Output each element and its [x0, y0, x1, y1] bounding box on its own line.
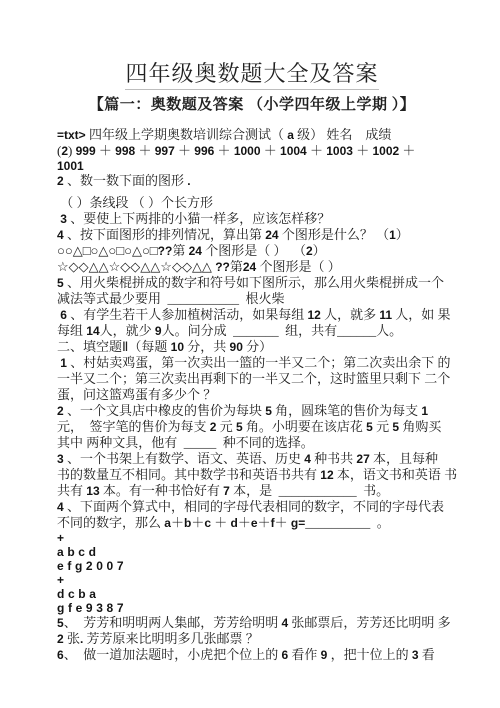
latin-text: b [78, 587, 85, 601]
latin-text: 5 [236, 420, 243, 434]
latin-text: =txt> [57, 128, 86, 142]
text-line: + [57, 531, 462, 545]
text-line: g f e 9 3 8 7 [57, 601, 462, 615]
text-line: =txt> 四年级上学期奥数培训综合测试（ a 级） 姓名 成绩 [57, 127, 462, 143]
latin-text: g [57, 601, 64, 615]
latin-text: 1001 [57, 159, 84, 173]
text-line: 其中 两种文具，他有 _____ 种不同的选择。 [57, 435, 462, 451]
latin-text: 7 [117, 559, 124, 573]
text-line: 3 、一个书架上有数学、语文、英语、历史 4 种书共 27 本，且每种 [57, 451, 462, 467]
latin-text: d [231, 516, 238, 530]
text-line: 2 张. 芳芳原来比明明多几张邮票 ？ [57, 631, 462, 647]
latin-text: 3 [57, 452, 64, 466]
text-line: ☆◇◇△△☆◇◇△△☆◇◇△△ ??第24 个图形是（ ） [57, 259, 462, 275]
latin-text: 7 [223, 484, 230, 498]
latin-text: + [57, 531, 64, 545]
text-line: (2) 999 ＋ 998 ＋ 997 ＋ 996 ＋ 1000 ＋ 1004 … [57, 143, 462, 159]
text-line: 二、填空题Ⅱ（每题 10 分，共 90 分） [57, 339, 462, 355]
latin-text: 2 [57, 632, 64, 646]
latin-text: 27 [356, 452, 369, 466]
latin-text: 6 [57, 648, 64, 662]
latin-text: . [80, 632, 83, 646]
text-line: 每组 14人，就少 9人。问分成 _______ 组，共有______人。 [57, 323, 462, 339]
text-line: 5 、用火柴棍拼成的数字和符号如下图所示，那么用火柴棍拼成一个 [57, 275, 462, 291]
latin-text: c [204, 516, 211, 530]
latin-text: 1 [421, 404, 428, 418]
text-line: 蛋，问这篮鸡蛋有多少个 ？ [57, 387, 462, 403]
latin-text: 0 [107, 559, 114, 573]
latin-text: 24 [265, 228, 278, 242]
latin-text: a [287, 128, 294, 142]
latin-text: f [67, 559, 71, 573]
latin-text: 24 [243, 260, 256, 274]
latin-text: g= [291, 516, 305, 530]
latin-text: . [187, 174, 190, 188]
latin-text: 90 [230, 340, 243, 354]
text-line: e f g 2 0 0 7 [57, 559, 462, 573]
latin-text: 2 [210, 420, 217, 434]
latin-text: 6 [281, 648, 288, 662]
latin-text: 1 [60, 356, 67, 370]
latin-text: 4 [57, 500, 64, 514]
text-line: 6、 做一道加法题时，小虎把个位上的 6 看作 9 ，把十位上的 3 看 [57, 647, 462, 663]
latin-text: 9 [86, 601, 93, 615]
latin-text: 2 [57, 404, 64, 418]
latin-text: g [75, 559, 82, 573]
latin-text: e [251, 516, 258, 530]
latin-text: 999 [76, 144, 96, 158]
latin-text: 4 [57, 228, 64, 242]
latin-text: 5 [57, 276, 64, 290]
latin-text: e [57, 559, 64, 573]
latin-text: b [184, 516, 191, 530]
latin-text: a [89, 587, 96, 601]
text-line: 2 、数一数下面的图形 . [57, 173, 462, 189]
latin-text: 4 [281, 616, 288, 630]
latin-text: 4 [304, 452, 311, 466]
text-line: d c b a [57, 587, 462, 601]
latin-text: 3 [60, 212, 67, 226]
latin-text: d [57, 587, 64, 601]
latin-text: 13 [86, 484, 99, 498]
text-line: 共有 13 本。有一种书恰好有 7 本，是 ____________ 书。 [57, 483, 462, 499]
text-line: 元， 签字笔的售价为每支 2 元 5 角。小明要在该店花 5 元 5 角购买 [57, 419, 462, 435]
text-line: 5、 芳芳和明明两人集邮，芳芳给明明 4 张邮票后，芳芳还比明明 多 [57, 615, 462, 631]
text-line: 2 、一个文具店中橡皮的售价为每块 5 角，圆珠笔的售价为每支 1 [57, 403, 462, 419]
latin-text: 9 [155, 324, 162, 338]
latin-text: 1004 [280, 144, 307, 158]
text-line: 1 、村姑卖鸡蛋，第一次卖出一篮的一半又二个；第二次卖出余下 的 [57, 355, 462, 371]
latin-text: 8 [107, 601, 114, 615]
text-line: 6 、有学生若干人参加植树活动，如果每组 12 人，就多 11 人，如 果 [57, 307, 462, 323]
latin-text: 5 [265, 404, 272, 418]
latin-text: ?? [158, 244, 173, 258]
latin-text: d [89, 545, 96, 559]
title-row: 四年级奥数题大全及答案 [42, 57, 462, 90]
latin-text: 2 [61, 144, 68, 158]
latin-text: 5 [392, 420, 399, 434]
text-line: 书的数量互不相同。其中数学书和英语书共有 12 本，语文书和英语 书 [57, 467, 462, 483]
latin-text: 5 [57, 616, 64, 630]
text-line: a b c d [57, 545, 462, 559]
latin-text: 12 [320, 468, 333, 482]
latin-text: 6 [60, 308, 67, 322]
text-line: ○○△□○△○□○△○□??第 24 个图形是（ ） （2） [57, 243, 462, 259]
latin-text: ?? [215, 260, 230, 274]
latin-text: 24 [189, 244, 202, 258]
latin-text: b [67, 545, 74, 559]
document-title: 四年级奥数题大全及答案 [125, 57, 378, 90]
latin-text: 10 [171, 340, 184, 354]
latin-text: 2 [57, 174, 64, 188]
latin-text: 996 [194, 144, 214, 158]
latin-text: 11 [379, 308, 392, 322]
text-line: 3 、要使上下两排的小猫一样多，应该怎样移？ [57, 211, 462, 227]
document-subtitle: 【篇一：奥数题及答案 （小学四年级上学期 ）】 [42, 93, 462, 114]
latin-text: 998 [115, 144, 135, 158]
latin-text: 5 [366, 420, 373, 434]
text-line: （ ）条线段 （ ）个长方形 [57, 195, 462, 211]
latin-text: 3 [412, 648, 419, 662]
text-line: 4 、下面两个算式中，相同的字母代表相同的数字，不同的字母代表 [57, 499, 462, 515]
latin-text: 1003 [326, 144, 353, 158]
latin-text: 2 [86, 559, 93, 573]
latin-text: 9 [321, 648, 328, 662]
latin-text: f [68, 601, 72, 615]
text-line: + [57, 573, 462, 587]
latin-text: a [57, 545, 64, 559]
text-line: 不同的数字，那么 a＋b＋c ＋ d＋e＋f＋ g=__________ 。 [57, 515, 462, 531]
latin-text: 3 [96, 601, 103, 615]
document-body: =txt> 四年级上学期奥数培训综合测试（ a 级） 姓名 成绩(2) 999 … [57, 127, 462, 663]
latin-text: 2 [306, 244, 313, 258]
latin-text: e [76, 601, 83, 615]
latin-text: 7 [117, 601, 124, 615]
latin-text: f [271, 516, 275, 530]
latin-text: 14 [86, 324, 99, 338]
latin-text: 1000 [234, 144, 261, 158]
latin-text: 12 [307, 308, 320, 322]
document-page: 四年级奥数题大全及答案 【篇一：奥数题及答案 （小学四年级上学期 ）】 =txt… [0, 0, 500, 708]
text-line: 4 、按下面图形的排列情况，算出第 24 个图形是什么？ （1） [57, 227, 462, 243]
latin-text: + [57, 573, 64, 587]
latin-text: 1002 [372, 144, 399, 158]
latin-text: 997 [155, 144, 175, 158]
latin-text: a [164, 516, 171, 530]
latin-text: c [68, 587, 75, 601]
latin-text: 1 [389, 228, 396, 242]
text-line: 一半又二个；第三次卖出再剩下的一半又二个，这时篮里只剩下 二个 [57, 371, 462, 387]
text-line: 减法等式最少要用 ___________ 根火柴 [57, 291, 462, 307]
text-line: 1001 [57, 159, 462, 173]
latin-text: c [78, 545, 85, 559]
latin-text: 0 [96, 559, 103, 573]
